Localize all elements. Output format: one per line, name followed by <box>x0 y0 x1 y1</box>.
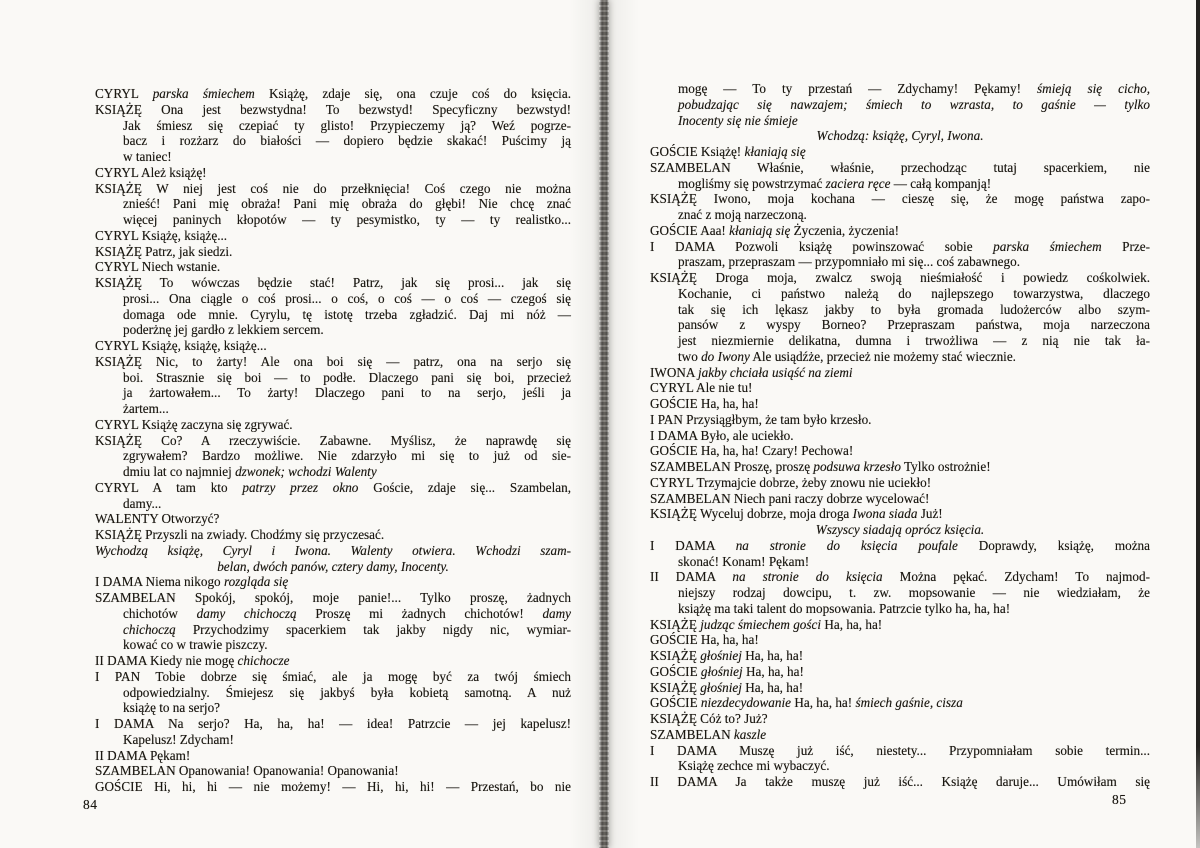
dialogue-text: I DAMA Było, ale uciekło. <box>650 428 794 443</box>
dialogue-text: Ha, ha, ha! <box>821 617 882 632</box>
stage-direction: śmiech gaśnie, cisza <box>855 695 962 710</box>
stage-direction: Wychodzą książę, Cyryl i Iwona. Walenty … <box>95 543 571 558</box>
stage-direction: belan, dwóch panów, cztery damy, Inocent… <box>217 559 449 574</box>
stage-direction: Inocenty się nie śmieje <box>678 113 798 128</box>
dialogue-text: Ha, ha, ha! <box>742 648 803 663</box>
play-text-line: bacz i rozżarz do białości — dopiero będ… <box>95 133 571 149</box>
stage-direction: damy <box>542 606 571 621</box>
dialogue-text: KSIĄŻĘ Droga moja, zwalcz swoją nieśmiał… <box>650 270 1150 285</box>
play-text-line: GOŚCIE Aaa! kłaniają się Życzenia, życze… <box>650 223 1150 239</box>
dialogue-text: mogę — To ty przestań — Zdychamy! Pękamy… <box>678 81 1037 96</box>
dialogue-text: II DAMA Ja także muszę już iść... Książę… <box>650 774 1150 789</box>
dialogue-text: mogliśmy się powstrzymać <box>678 176 826 191</box>
dialogue-text: KSIĄŻĘ Cóż to? Już? <box>650 711 768 726</box>
stage-direction-line: Wszyscy siadają oprócz księcia. <box>650 522 1150 538</box>
dialogue-text: SZAMBELAN Spokój, spokój, moje panie!...… <box>95 590 571 605</box>
dialogue-text: CYRYL <box>95 86 153 101</box>
play-text-line: praszam, przepraszam — przypomniało mi s… <box>650 254 1150 270</box>
play-text-line: zgrywałem? Bardzo możliwe. Nie zdarzyło … <box>95 448 571 464</box>
stage-direction: głośniej <box>700 680 742 695</box>
play-text-line: I DAMA Pozwoli książę powinszować sobie … <box>650 239 1150 255</box>
page-85-text: mogę — To ty przestań — Zdychamy! Pękamy… <box>650 81 1150 790</box>
play-text-line: domaga ode mnie. Cyrylu, tę istotę trzeb… <box>95 307 571 323</box>
stage-direction: Iwona siada <box>853 506 918 521</box>
play-text-line: CYRYL Niech wstanie. <box>95 259 571 275</box>
dialogue-text: pansów z wyspy Borneo? Przepraszam państ… <box>678 317 1150 332</box>
play-text-line: CYRYL A tam kto patrzy przez okno Goście… <box>95 480 571 496</box>
play-text-line: KSIĄŻĘ Co? A rzeczywiście. Zabawne. Myśl… <box>95 433 571 449</box>
dialogue-text: I DAMA Pozwoli książę powinszować sobie <box>650 239 993 254</box>
play-text-line: WALENTY Otworzyć? <box>95 511 571 527</box>
dialogue-text: domaga ode mnie. Cyrylu, tę istotę trzeb… <box>123 307 571 322</box>
dialogue-text: I DAMA <box>650 538 736 553</box>
play-text-line: tak się ich lękasz jakby to była gromada… <box>650 302 1150 318</box>
play-text-line: Kochanie, ci państwo należą do najlepsze… <box>650 286 1150 302</box>
dialogue-text: dmiu lat co najmniej <box>123 464 235 479</box>
dialogue-text: praszam, przepraszam — przypomniało mi s… <box>678 254 1020 269</box>
dialogue-text: książę ma taki talent do mopsowania. Pat… <box>678 601 1010 616</box>
play-text-line: książę ma taki talent do mopsowania. Pat… <box>650 601 1150 617</box>
play-text-line: damy... <box>95 496 571 512</box>
stage-direction: kłaniają się <box>745 144 806 159</box>
dialogue-text: KSIĄŻĘ Ona jest bezwstydna! To bezwstyd!… <box>95 102 571 117</box>
play-text-line: II DAMA Ja także muszę już iść... Książę… <box>650 774 1150 790</box>
play-text-line: KSIĄŻĘ To wówczas będzie stać! Patrz, ja… <box>95 275 571 291</box>
play-text-line: poderżnę jej gardło z lekkiem sercem. <box>95 322 571 338</box>
dialogue-text: KSIĄŻĘ Co? A rzeczywiście. Zabawne. Myśl… <box>95 433 571 448</box>
play-text-line: I PAN Przysiągłbym, że tam było krzesło. <box>650 412 1150 428</box>
book-gutter <box>599 0 609 848</box>
dialogue-text: odpowiedzialny. Śmiejesz się jakbyś była… <box>123 685 571 700</box>
play-text-line: II DAMA na stronie do księcia Można pęka… <box>650 569 1150 585</box>
play-text-line: SZAMBELAN Opanowania! Opanowania! Opanow… <box>95 763 571 779</box>
dialogue-text: Ale usiądźże, przecież nie możemy stać w… <box>750 349 1016 364</box>
stage-direction: chichocze <box>237 653 289 668</box>
dialogue-text: Prze- <box>1102 239 1150 254</box>
dialogue-text: zgrywałem? Bardzo możliwe. Nie zdarzyło … <box>123 448 571 463</box>
play-text-line: pansów z wyspy Borneo? Przepraszam państ… <box>650 317 1150 333</box>
play-text-line: Jak śmiesz się czepiać ty glisto! Przypi… <box>95 118 571 134</box>
stage-direction: rozgląda się <box>224 574 288 589</box>
stage-direction: na stronie do księcia poufale <box>736 538 958 553</box>
play-text-line: SZAMBELAN Niech pani raczy dobrze wycelo… <box>650 491 1150 507</box>
play-text-line: CYRYL Książę, książę, książę... <box>95 338 571 354</box>
play-text-line: dmiu lat co najmniej dzwonek; wchodzi Wa… <box>95 464 571 480</box>
dialogue-text: GOŚCIE Ha, ha, ha! <box>650 396 759 411</box>
stage-direction: judząc śmiechem gości <box>700 617 821 632</box>
play-text-line: KSIĄŻĘ Cóż to? Już? <box>650 711 1150 727</box>
play-text-line: CYRYL Książę, książę... <box>95 228 571 244</box>
play-text-line: znieść! Pani mię obraża! Pani mię obraża… <box>95 196 571 212</box>
play-text-line: II DAMA Pękam! <box>95 748 571 764</box>
play-text-line: GOŚCIE Ha, ha, ha! <box>650 396 1150 412</box>
dialogue-text: I DAMA Niema nikogo <box>95 574 224 589</box>
dialogue-text: CYRYL Książę zaczyna się zgrywać. <box>95 417 293 432</box>
dialogue-text: Ha, ha, ha! <box>791 695 855 710</box>
play-text-line: KSIĄŻĘ Wyceluj dobrze, moja droga Iwona … <box>650 506 1150 522</box>
play-text-line: GOŚCIE Książę! kłaniają się <box>650 144 1150 160</box>
dialogue-text: GOŚCIE Ha, ha, ha! Czary! Pechowa! <box>650 443 853 458</box>
stage-direction: pobudzając się nawzajem; śmiech to wzras… <box>678 97 1150 112</box>
play-text-line: SZAMBELAN Spokój, spokój, moje panie!...… <box>95 590 571 606</box>
stage-direction: do Iwony <box>701 349 750 364</box>
play-text-line: skonać! Konam! Pękam! <box>650 554 1150 570</box>
dialogue-text: GOŚCIE Aaa! <box>650 223 729 238</box>
dialogue-text: znać z moją narzeczoną. <box>678 207 807 222</box>
dialogue-text: KSIĄŻĘ W niej jest coś nie do przełknięc… <box>95 181 571 196</box>
dialogue-text: CYRYL Ale nie tu! <box>650 380 752 395</box>
play-text-line: mogliśmy się powstrzymać zaciera ręce — … <box>650 176 1150 192</box>
dialogue-text: Książę, zdaje się, ona czuje coś do księ… <box>255 86 571 101</box>
dialogue-text: GOŚCIE Hi, hi, hi — nie możemy! — Hi, hi… <box>95 779 571 794</box>
play-text-line: SZAMBELAN kaszle <box>650 727 1150 743</box>
stage-direction: kaszle <box>734 727 766 742</box>
dialogue-text: KSIĄŻĘ Nic, to żarty! Ale ona boi się — … <box>95 354 571 369</box>
dialogue-text: KSIĄŻĘ Przyszli na zwiady. Chodźmy się p… <box>95 527 384 542</box>
dialogue-text: Ha, ha, ha! <box>742 680 803 695</box>
dialogue-text: SZAMBELAN Proszę, proszę <box>650 459 813 474</box>
dialogue-text: Ha, ha, ha! <box>743 664 804 679</box>
play-text-line: KSIĄŻĘ głośniej Ha, ha, ha! <box>650 648 1150 664</box>
play-text-line: I DAMA na stronie do księcia poufale Dop… <box>650 538 1150 554</box>
dialogue-text: SZAMBELAN Właśnie, właśnie, przechodząc … <box>650 160 1150 175</box>
dialogue-text: więcej paninych kłopotów — ty pesymistko… <box>123 212 571 227</box>
play-text-line: boi. Strasznie się boi — to podłe. Dlacz… <box>95 370 571 386</box>
play-text-line: jest niezmiernie delikatna, dumna i trwo… <box>650 333 1150 349</box>
dialogue-text: GOŚCIE Książę! <box>650 144 745 159</box>
stage-direction: śmieją się cicho, <box>1037 81 1150 96</box>
play-text-line: GOŚCIE Ha, ha, ha! <box>650 632 1150 648</box>
play-text-line: więcej paninych kłopotów — ty pesymistko… <box>95 212 571 228</box>
dialogue-text: — całą kompanją! <box>890 176 991 191</box>
play-text-line: I DAMA Muszę już iść, niestety... Przypo… <box>650 743 1150 759</box>
dialogue-text: SZAMBELAN <box>650 727 734 742</box>
dialogue-text: tak się ich lękasz jakby to była gromada… <box>678 302 1150 317</box>
dialogue-text: kować co w trawie piszczy. <box>123 637 268 652</box>
dialogue-text: jest niezmiernie delikatna, dumna i trwo… <box>678 333 1150 348</box>
play-text-line: Wychodzą książę, Cyryl i Iwona. Walenty … <box>95 543 571 559</box>
play-text-line: KSIĄŻĘ judząc śmiechem gości Ha, ha, ha! <box>650 617 1150 633</box>
play-text-line: CYRYL Ależ książę! <box>95 165 571 181</box>
page-number-left: 84 <box>83 797 98 813</box>
play-text-line: II DAMA Kiedy nie mogę chichocze <box>95 653 571 669</box>
stage-direction: głośniej <box>700 648 742 663</box>
play-text-line: niejszy rodzaj dowcipu, t. zw. mopsowani… <box>650 585 1150 601</box>
dialogue-text: KSIĄŻĘ To wówczas będzie stać! Patrz, ja… <box>95 275 571 290</box>
dialogue-text: ja żartowałem... To żarty! Dlaczego pani… <box>123 385 571 400</box>
stage-direction-line: belan, dwóch panów, cztery damy, Inocent… <box>95 559 571 575</box>
play-text-line: pobudzając się nawzajem; śmiech to wzras… <box>650 97 1150 113</box>
dialogue-text: niejszy rodzaj dowcipu, t. zw. mopsowani… <box>678 585 1150 600</box>
dialogue-text: Kapelusz! Zdycham! <box>123 732 234 747</box>
stage-direction: parska śmiechem <box>993 239 1101 254</box>
dialogue-text: Jak śmiesz się czepiać ty glisto! Przypi… <box>123 118 571 133</box>
play-text-line: SZAMBELAN Właśnie, właśnie, przechodząc … <box>650 160 1150 176</box>
dialogue-text: WALENTY Otworzyć? <box>95 511 219 526</box>
dialogue-text: Już! <box>917 506 942 521</box>
dialogue-text: CYRYL A tam kto <box>95 480 242 495</box>
stage-direction-line: Wchodzą: książę, Cyryl, Iwona. <box>650 128 1150 144</box>
dialogue-text: CYRYL Trzymajcie dobrze, żeby znowu nie … <box>650 475 931 490</box>
dialogue-text: II DAMA Pękam! <box>95 748 190 763</box>
book-scan-spread: CYRYL parska śmiechem Książę, zdaje się,… <box>0 0 1200 848</box>
play-text-line: KSIĄŻĘ Ona jest bezwstydna! To bezwstyd!… <box>95 102 571 118</box>
dialogue-text: chichotów <box>123 606 197 621</box>
dialogue-text: żartem... <box>123 401 169 416</box>
dialogue-text: KSIĄŻĘ <box>650 648 700 663</box>
play-text-line: IWONA jakby chciała usiąść na ziemi <box>650 365 1150 381</box>
dialogue-text: KSIĄŻĘ Wyceluj dobrze, moja droga <box>650 506 853 521</box>
dialogue-text: GOŚCIE <box>650 664 701 679</box>
play-text-line: GOŚCIE Hi, hi, hi — nie możemy! — Hi, hi… <box>95 779 571 795</box>
dialogue-text: Doprawdy, książę, można <box>958 538 1150 553</box>
play-text-line: GOŚCIE Ha, ha, ha! Czary! Pechowa! <box>650 443 1150 459</box>
dialogue-text: I PAN Przysiągłbym, że tam było krzesło. <box>650 412 871 427</box>
play-text-line: CYRYL parska śmiechem Książę, zdaje się,… <box>95 86 571 102</box>
dialogue-text: KSIĄŻĘ Iwono, moja kochana — cieszę się,… <box>650 191 1150 206</box>
scan-edge-line <box>1196 0 1200 848</box>
dialogue-text: bacz i rozżarz do białości — dopiero będ… <box>123 133 571 148</box>
play-text-line: KSIĄŻĘ Droga moja, zwalcz swoją nieśmiał… <box>650 270 1150 286</box>
stage-direction: Wchodzą: książę, Cyryl, Iwona. <box>816 128 983 143</box>
dialogue-text: GOŚCIE <box>650 695 701 710</box>
dialogue-text: Życzenia, życzenia! <box>790 223 899 238</box>
dialogue-text: skonać! Konam! Pękam! <box>678 554 809 569</box>
play-text-line: I DAMA Na serjo? Ha, ha, ha! — idea! Pat… <box>95 716 571 732</box>
play-text-line: chichotów damy chichoczą Proszę mi żadny… <box>95 606 571 622</box>
dialogue-text: damy... <box>123 496 161 511</box>
stage-direction: patrzy przez okno <box>242 480 358 495</box>
dialogue-text: CYRYL Książę, książę, książę... <box>95 338 267 353</box>
play-text-line: Książę zechce mi wybaczyć. <box>650 758 1150 774</box>
play-text-line: mogę — To ty przestań — Zdychamy! Pękamy… <box>650 81 1150 97</box>
play-text-line: KSIĄŻĘ Nic, to żarty! Ale ona boi się — … <box>95 354 571 370</box>
play-text-line: KSIĄŻĘ Patrz, jak siedzi. <box>95 244 571 260</box>
play-text-line: książę to na serjo? <box>95 700 571 716</box>
stage-direction: głośniej <box>701 664 743 679</box>
stage-direction: podsuwa krzesło <box>813 459 901 474</box>
stage-direction: kłaniają się <box>729 223 790 238</box>
dialogue-text: CYRYL Ależ książę! <box>95 165 207 180</box>
dialogue-text: książę to na serjo? <box>123 700 220 715</box>
dialogue-text: KSIĄŻĘ Patrz, jak siedzi. <box>95 244 232 259</box>
dialogue-text: CYRYL Niech wstanie. <box>95 259 220 274</box>
play-text-line: SZAMBELAN Proszę, proszę podsuwa krzesło… <box>650 459 1150 475</box>
dialogue-text: poderżnę jej gardło z lekkiem sercem. <box>123 322 324 337</box>
play-text-line: w taniec! <box>95 149 571 165</box>
play-text-line: I DAMA Było, ale uciekło. <box>650 428 1150 444</box>
dialogue-text: I DAMA Muszę już iść, niestety... Przypo… <box>650 743 1150 758</box>
play-text-line: KSIĄŻĘ Przyszli na zwiady. Chodźmy się p… <box>95 527 571 543</box>
play-text-line: CYRYL Trzymajcie dobrze, żeby znowu nie … <box>650 475 1150 491</box>
play-text-line: GOŚCIE niezdecydowanie Ha, ha, ha! śmiec… <box>650 695 1150 711</box>
play-text-line: Inocenty się nie śmieje <box>650 113 1150 129</box>
play-text-line: KSIĄŻĘ Iwono, moja kochana — cieszę się,… <box>650 191 1150 207</box>
play-text-line: I DAMA Niema nikogo rozgląda się <box>95 574 571 590</box>
page-curl-shadow-left <box>569 0 599 848</box>
stage-direction: parska śmiechem <box>153 86 255 101</box>
dialogue-text: Można pękać. Zdycham! To najmod- <box>883 569 1150 584</box>
dialogue-text: znieść! Pani mię obraża! Pani mię obraża… <box>123 196 571 211</box>
dialogue-text: IWONA <box>650 365 698 380</box>
play-text-line: KSIĄŻĘ W niej jest coś nie do przełknięc… <box>95 181 571 197</box>
play-text-line: Kapelusz! Zdycham! <box>95 732 571 748</box>
dialogue-text: II DAMA Kiedy nie mogę <box>95 653 237 668</box>
play-text-line: CYRYL Książę zaczyna się zgrywać. <box>95 417 571 433</box>
stage-direction: dzwonek; wchodzi Walenty <box>235 464 377 479</box>
dialogue-text: II DAMA <box>650 569 732 584</box>
dialogue-text: CYRYL Książę, książę... <box>95 228 227 243</box>
play-text-line: żartem... <box>95 401 571 417</box>
dialogue-text: Książę zechce mi wybaczyć. <box>678 758 830 773</box>
dialogue-text: prosi... Ona ciągle o coś prosi... o coś… <box>123 291 571 306</box>
dialogue-text: boi. Strasznie się boi — to podłe. Dlacz… <box>123 370 571 385</box>
dialogue-text: KSIĄŻĘ <box>650 680 700 695</box>
page-84-text: CYRYL parska śmiechem Książę, zdaje się,… <box>95 86 571 795</box>
stage-direction: niezdecydowanie <box>701 695 791 710</box>
stage-direction: jakby chciała usiąść na ziemi <box>698 365 853 380</box>
stage-direction: damy chichoczą <box>197 606 297 621</box>
stage-direction: zaciera ręce <box>826 176 891 191</box>
play-text-line: chichoczą Przychodzimy spacerkiem tak ja… <box>95 622 571 638</box>
dialogue-text: KSIĄŻĘ <box>650 617 700 632</box>
dialogue-text: GOŚCIE Ha, ha, ha! <box>650 632 759 647</box>
play-text-line: prosi... Ona ciągle o coś prosi... o coś… <box>95 291 571 307</box>
stage-direction: Wszyscy siadają oprócz księcia. <box>816 522 984 537</box>
dialogue-text: two <box>678 349 701 364</box>
dialogue-text: Goście, zdaje się... Szambelan, <box>358 480 571 495</box>
dialogue-text: SZAMBELAN Niech pani raczy dobrze wycelo… <box>650 491 929 506</box>
page-curl-shadow-right <box>609 0 639 848</box>
page-number-right: 85 <box>1112 792 1127 808</box>
play-text-line: znać z moją narzeczoną. <box>650 207 1150 223</box>
dialogue-text: Tylko ostrożnie! <box>901 459 991 474</box>
play-text-line: ja żartowałem... To żarty! Dlaczego pani… <box>95 385 571 401</box>
play-text-line: KSIĄŻĘ głośniej Ha, ha, ha! <box>650 680 1150 696</box>
play-text-line: I PAN Tobie dobrze się śmiać, ale ja mog… <box>95 669 571 685</box>
dialogue-text: Kochanie, ci państwo należą do najlepsze… <box>678 286 1150 301</box>
dialogue-text: w taniec! <box>123 149 172 164</box>
play-text-line: GOŚCIE głośniej Ha, ha, ha! <box>650 664 1150 680</box>
play-text-line: odpowiedzialny. Śmiejesz się jakbyś była… <box>95 685 571 701</box>
dialogue-text: I PAN Tobie dobrze się śmiać, ale ja mog… <box>95 669 571 684</box>
dialogue-text: I DAMA Na serjo? Ha, ha, ha! — idea! Pat… <box>95 716 571 731</box>
dialogue-text: Proszę mi żadnych chichotów! <box>297 606 543 621</box>
dialogue-text: Przychodzimy spacerkiem tak jakby nigdy … <box>176 622 571 637</box>
play-text-line: two do Iwony Ale usiądźże, przecież nie … <box>650 349 1150 365</box>
stage-direction: na stronie do księcia <box>732 569 882 584</box>
stage-direction: chichoczą <box>123 622 176 637</box>
play-text-line: kować co w trawie piszczy. <box>95 637 571 653</box>
dialogue-text: SZAMBELAN Opanowania! Opanowania! Opanow… <box>95 763 399 778</box>
play-text-line: CYRYL Ale nie tu! <box>650 380 1150 396</box>
